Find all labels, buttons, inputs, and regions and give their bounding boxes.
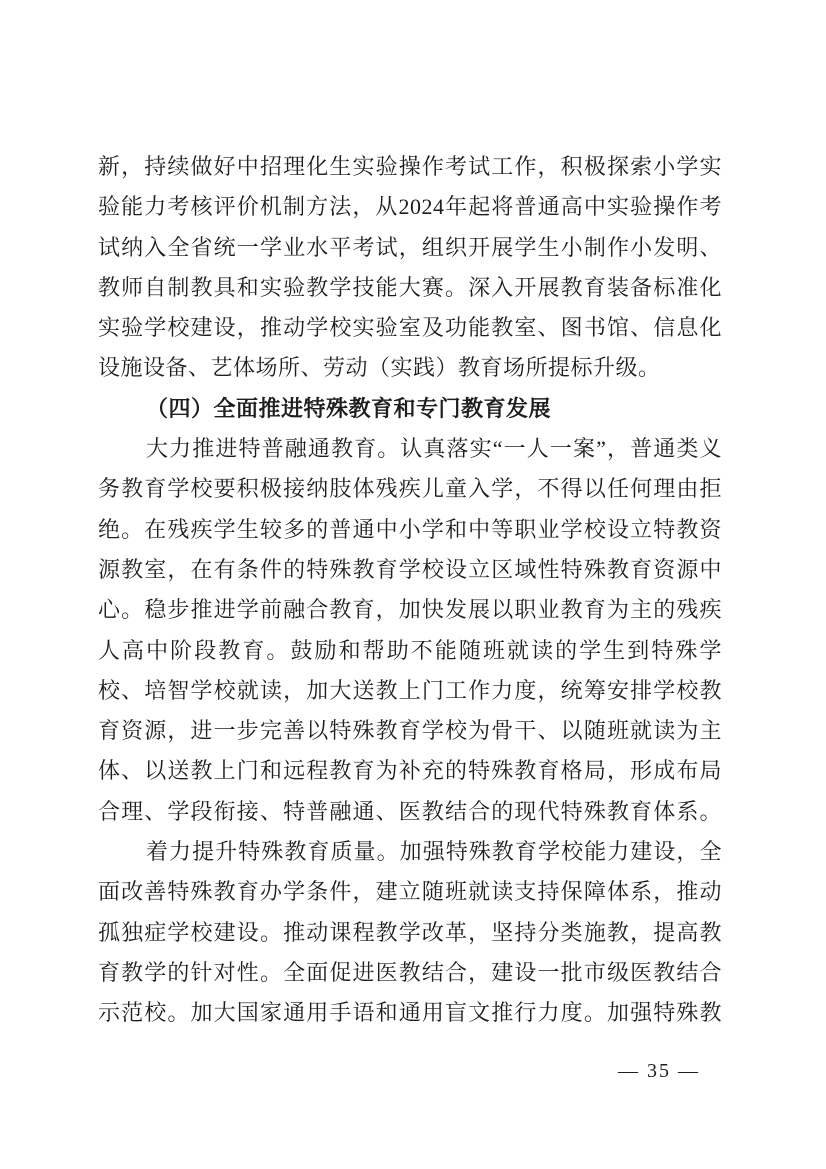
section-heading: （四）全面推进特殊教育和专门教育发展 — [98, 389, 722, 429]
body-line: 源教室，在有条件的特殊教育学校设立区域性特殊教育资源中 — [98, 550, 722, 590]
body-line: 试纳入全省统一学业水平考试，组织开展学生小制作小发明、 — [98, 228, 722, 268]
page-number: — 35 — — [618, 1058, 700, 1084]
document-page: 新，持续做好中招理化生实验操作考试工作，积极探索小学实 验能力考核评价机制方法，… — [0, 0, 826, 1169]
body-line: 绝。在残疾学生较多的普通中小学和中等职业学校设立特教资 — [98, 510, 722, 550]
body-line: 体、以送教上门和远程教育为补充的特殊教育格局，形成布局 — [98, 751, 722, 791]
text-block: 新，持续做好中招理化生实验操作考试工作，积极探索小学实 验能力考核评价机制方法，… — [98, 147, 722, 1034]
body-line: 实验学校建设，推动学校实验室及功能教室、图书馆、信息化 — [98, 308, 722, 348]
body-line: 心。稳步推进学前融合教育，加快发展以职业教育为主的残疾 — [98, 590, 722, 630]
body-line: 着力提升特殊教育质量。加强特殊教育学校能力建设，全 — [98, 832, 722, 872]
body-line: 设施设备、艺体场所、劳动（实践）教育场所提标升级。 — [98, 348, 722, 388]
body-line: 孤独症学校建设。推动课程教学改革，坚持分类施教，提高教 — [98, 913, 722, 953]
body-line: 育资源，进一步完善以特殊教育学校为骨干、以随班就读为主 — [98, 711, 722, 751]
body-line: 教师自制教具和实验教学技能大赛。深入开展教育装备标准化 — [98, 268, 722, 308]
body-line: 验能力考核评价机制方法，从2024年起将普通高中实验操作考 — [98, 187, 722, 227]
body-line: 育教学的针对性。全面促进医教结合，建设一批市级医教结合 — [98, 953, 722, 993]
body-line: 务教育学校要积极接纳肢体残疾儿童入学，不得以任何理由拒 — [98, 469, 722, 509]
body-line: 合理、学段衔接、特普融通、医教结合的现代特殊教育体系。 — [98, 792, 722, 832]
body-line: 示范校。加大国家通用手语和通用盲文推行力度。加强特殊教 — [98, 993, 722, 1033]
body-line: 人高中阶段教育。鼓励和帮助不能随班就读的学生到特殊学 — [98, 631, 722, 671]
body-line: 面改善特殊教育办学条件，建立随班就读支持保障体系，推动 — [98, 872, 722, 912]
body-line: 校、培智学校就读，加大送教上门工作力度，统筹安排学校教 — [98, 671, 722, 711]
body-line: 新，持续做好中招理化生实验操作考试工作，积极探索小学实 — [98, 147, 722, 187]
body-line: 大力推进特普融通教育。认真落实“一人一案”，普通类义 — [98, 429, 722, 469]
